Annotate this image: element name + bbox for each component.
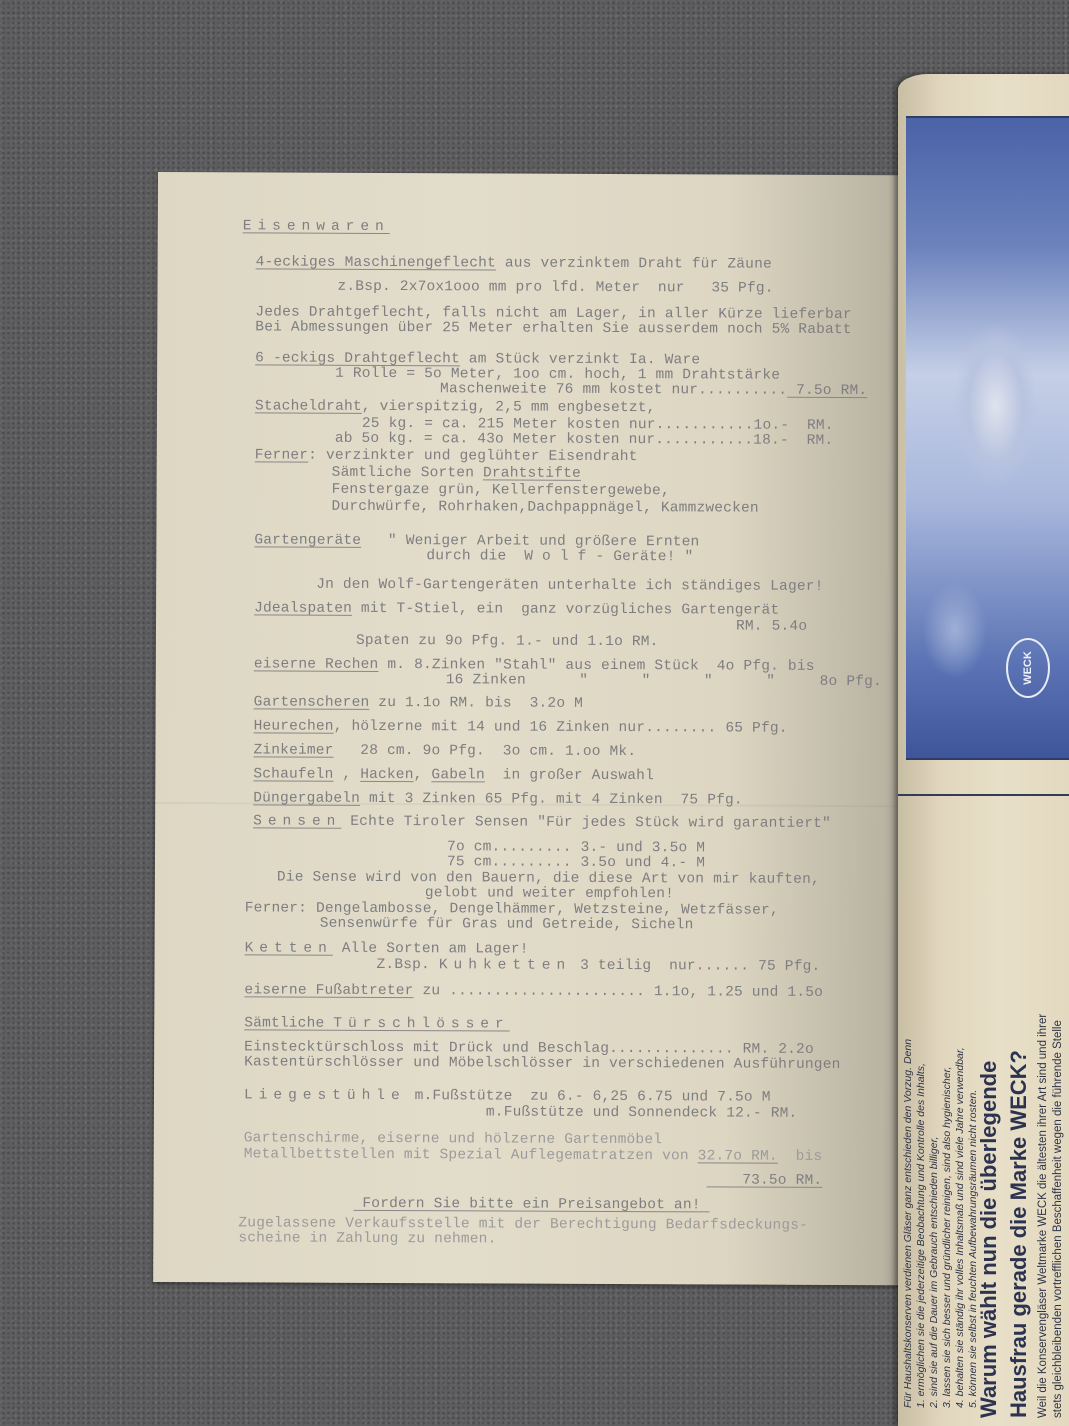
line-preis-bis: 73.5o RM. (707, 1172, 823, 1190)
booklet-text-panel: Für Haushaltskonserven verdienen Gläser … (898, 794, 1069, 1426)
line-rabatt: Bei Abmessungen über 25 Meter erhalten S… (255, 319, 851, 339)
line-sonnendeck: m.Fußstütze und Sonnendeck 12.- RM. (486, 1104, 798, 1122)
line-preisangebot: Fordern Sie bitte ein Preisangebot an! (353, 1196, 709, 1215)
booklet-body-text: Weil die Konservengläser Weltmarke WECK … (1036, 1014, 1066, 1418)
line-kastentuerschloesser: Kastentürschlösser und Möbelschlösser in… (244, 1054, 840, 1074)
line-gartenscheren: Gartenscheren zu 1.1o RM. bis 3.2o M (254, 694, 583, 712)
line-rechen-16: 16 Zinken " " " " 8o Pfg. (446, 672, 882, 691)
line-fenstergaze: Fenstergaze grün, Kellerfenstergewebe, (332, 482, 670, 500)
line-fussabtreter: eiserne Fußabtreter zu .................… (244, 982, 823, 1002)
typewritten-price-list: Eisenwaren 4-eckiges Maschinengeflecht a… (153, 172, 918, 1285)
heading-eisenwaren: Eisenwaren (243, 218, 390, 236)
line-metallbettstellen: Metallbettstellen mit Spezial Auflegemat… (244, 1146, 823, 1166)
line-drahtstifte: Sämtliche Sorten Drahtstifte (332, 465, 581, 483)
line-wolf-geraete: durch die W o l f - Geräte! " (426, 548, 693, 566)
line-sensen: Sensen Echte Tiroler Sensen "Für jedes S… (253, 813, 831, 833)
booklet-photo: WECK (906, 116, 1069, 760)
line-staendiges-lager: Jn den Wolf-Gartengeräten unterhalte ich… (316, 577, 823, 596)
line-heurechen: Heurechen, hölzerne mit 14 und 16 Zinken… (254, 718, 788, 737)
line-schaufeln: Schaufeln , Hacken, Gabeln in großer Aus… (253, 766, 654, 785)
line-duengergabeln: Düngergabeln mit 3 Zinken 65 Pfg. mit 4 … (253, 790, 743, 809)
line-sensenwuerfe: Sensenwürfe für Gras und Getreide, Siche… (320, 916, 694, 935)
booklet-advantages-list: Für Haushaltskonserven verdienen Gläser … (902, 1039, 980, 1408)
line-idealspaten-price: RM. 5.4o (736, 619, 807, 636)
booklet-headline: Warum wählt nun die überlegende Hausfrau… (974, 1050, 1034, 1418)
line-idealspaten: Jdealspaten mit T-Stiel, ein ganz vorzüg… (254, 600, 779, 619)
line-durchwuerfe: Durchwürfe, Rohrhaken,Dachpappnägel, Kam… (332, 499, 759, 518)
line-stacheldraht: Stacheldraht, vierspitzig, 2,5 mm engbes… (255, 398, 656, 417)
line-bedarfsdeckung: scheine in Zahlung zu nehmen. (238, 1230, 496, 1248)
line-tuerschloesser: Sämtliche Türschlösser (244, 1015, 510, 1033)
line-maschenweite: Maschenweite 76 mm kostet nur.......... … (440, 381, 867, 400)
weck-logo-icon: WECK (1006, 638, 1050, 698)
line-zinkeimer: Zinkeimer 28 cm. 9o Pfg. 3o cm. 1.oo Mk. (253, 742, 636, 761)
line-50kg: ab 5o kg. = ca. 43o Meter kosten nur....… (335, 431, 834, 450)
line-ferner: Ferner: verzinkter und geglühter Eisendr… (255, 447, 638, 466)
line-spaten: Spaten zu 9o Pfg. 1.- und 1.1o RM. (356, 633, 659, 651)
line-maschinengeflecht: 4-eckiges Maschinengeflecht aus verzinkt… (256, 254, 772, 273)
weck-booklet: WECK Für Haushaltskonserven verdienen Gl… (898, 74, 1069, 1426)
line-kuhketten: Z.Bsp. Kuhketten 3 teilig nur...... 75 P… (377, 957, 821, 976)
line-price-example: z.Bsp. 2x7ox1ooo mm pro lfd. Meter nur 3… (337, 279, 773, 298)
line-ketten: Ketten Alle Sorten am Lager! (245, 940, 529, 958)
